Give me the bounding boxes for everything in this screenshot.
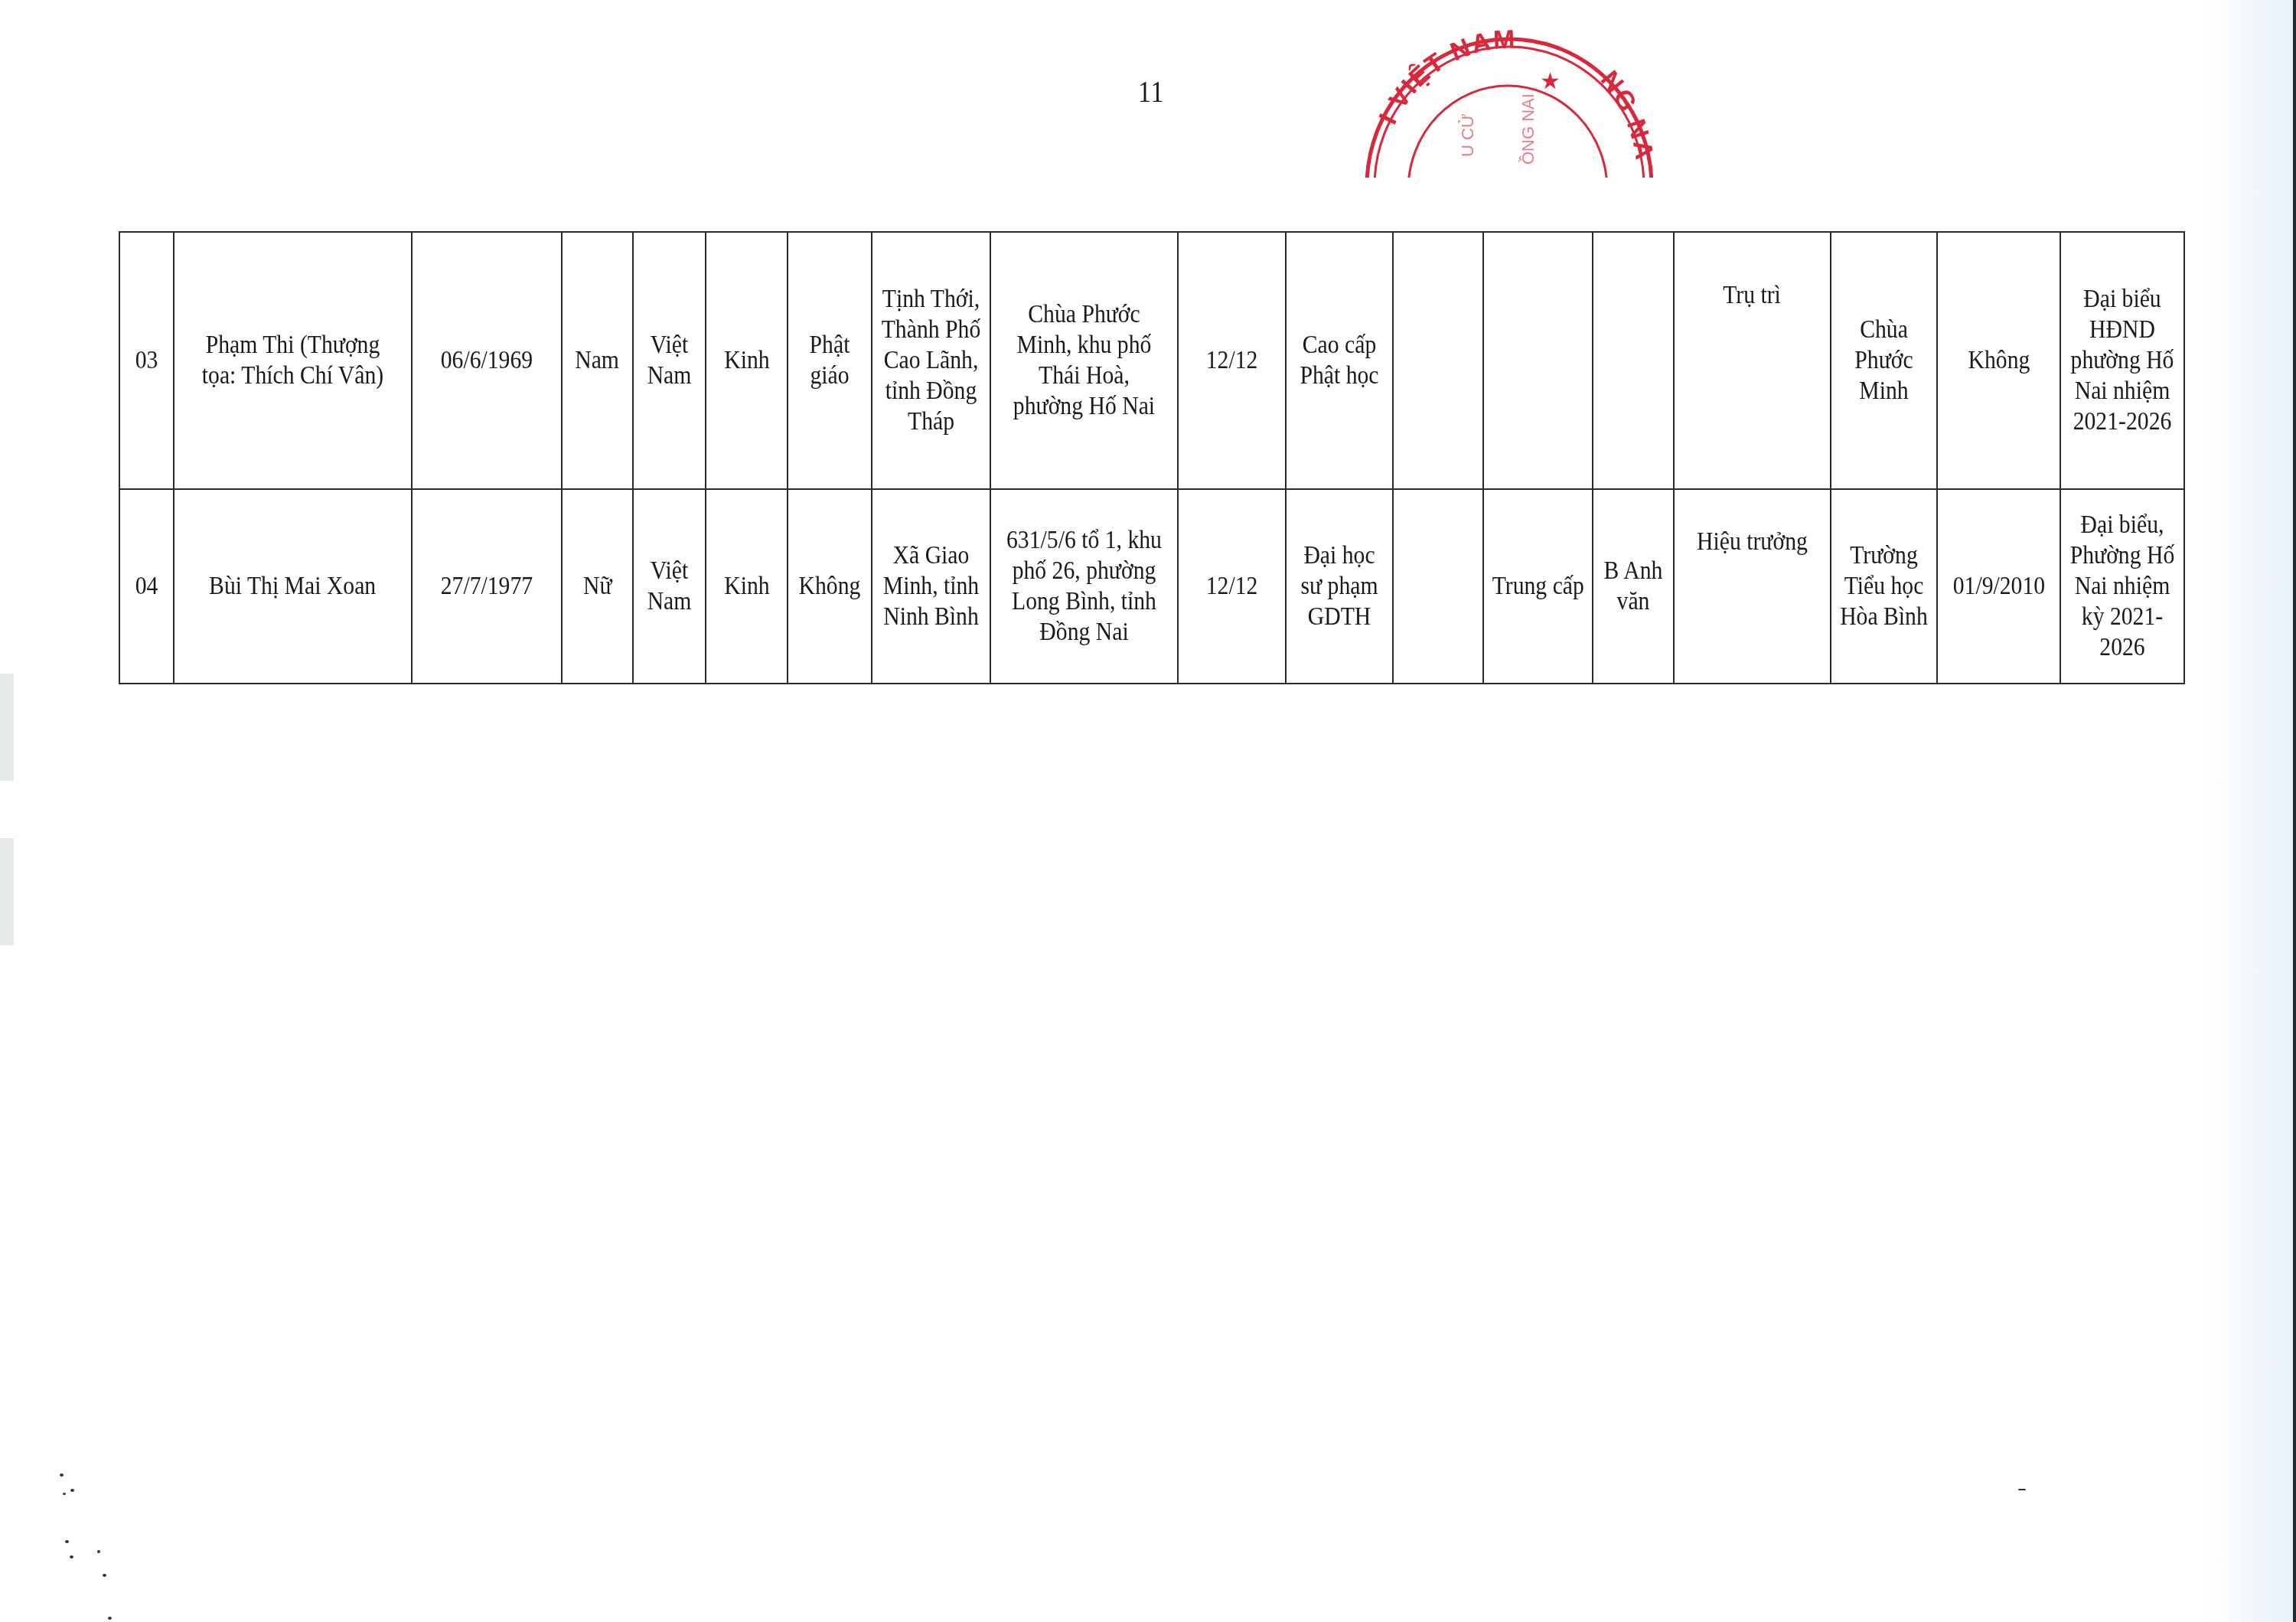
- scan-speck: [65, 1540, 69, 1543]
- stamp-inner-text-1: U CỬ: [1458, 113, 1477, 157]
- cell-workplace: Trường Tiểu học Hòa Bình: [1831, 489, 1937, 684]
- cell-ethnicity: Kinh: [706, 489, 788, 684]
- candidate-records-table: 03 Phạm Thi (Thượng tọa: Thích Chí Vân) …: [119, 231, 2185, 684]
- cell-foreign-language: B Anh văn: [1593, 489, 1674, 684]
- cell-general-education: 12/12: [1178, 232, 1286, 489]
- cell-occupation-position: Hiệu trưởng: [1674, 489, 1831, 684]
- scan-speck: [60, 1474, 64, 1477]
- scan-speck: [2018, 1489, 2026, 1490]
- cell-occupation-position: Trụ trì: [1674, 232, 1831, 489]
- cell-date-of-birth: 27/7/1977: [412, 489, 562, 684]
- cell-workplace: Chùa Phước Minh: [1831, 232, 1937, 489]
- scan-smudge: [0, 838, 14, 945]
- page-number: 11: [1138, 75, 1164, 109]
- cell-academic-title: [1393, 489, 1483, 684]
- cell-gender: Nữ: [562, 489, 633, 684]
- cell-religion: Không: [788, 489, 872, 684]
- cell-stt: 04: [119, 489, 174, 684]
- stamp-star: ★: [1540, 69, 1561, 94]
- cell-religion: Phật giáo: [788, 232, 872, 489]
- cell-hometown: Tịnh Thới, Thành Phố Cao Lãnh, tỉnh Đồng…: [872, 232, 990, 489]
- cell-party-join-date: Không: [1937, 232, 2060, 489]
- cell-nationality: Việt Nam: [633, 232, 706, 489]
- cell-nationality: Việt Nam: [633, 489, 706, 684]
- cell-professional-education: Đại học sư phạm GDTH: [1286, 489, 1393, 684]
- svg-text:NG NAI: NG NAI: [0, 0, 1659, 163]
- cell-residence: Chùa Phước Minh, khu phố Thái Hoà, phườn…: [990, 232, 1178, 489]
- cell-full-name: Bùi Thị Mai Xoan: [174, 489, 412, 684]
- cell-stt: 03: [119, 232, 174, 489]
- cell-ethnicity: Kinh: [706, 232, 788, 489]
- scan-speck: [70, 1555, 73, 1558]
- cell-residence: 631/5/6 tổ 1, khu phố 26, phường Long Bì…: [990, 489, 1178, 684]
- cell-academic-title: [1393, 232, 1483, 489]
- stamp-arc-text-right: NG NAI: [0, 0, 1659, 163]
- cell-full-name: Phạm Thi (Thượng tọa: Thích Chí Vân): [174, 232, 412, 489]
- scan-speck: [97, 1550, 100, 1553]
- cell-hometown: Xã Giao Minh, tỉnh Ninh Bình: [872, 489, 990, 684]
- stamp-arc-text-left: I VIỆT NAM: [1374, 25, 1518, 129]
- scan-speck: [103, 1574, 106, 1577]
- scan-edge-tint: [2204, 0, 2296, 1622]
- cell-party-join-date: 01/9/2010: [1937, 489, 2060, 684]
- table-row: 04 Bùi Thị Mai Xoan 27/7/1977 Nữ Việt Na…: [119, 489, 2184, 684]
- cell-professional-education: Cao cấp Phật học: [1286, 232, 1393, 489]
- scan-speck: [63, 1493, 66, 1495]
- svg-text:I VIỆT NAM: I VIỆT NAM: [1374, 25, 1518, 129]
- cell-general-education: 12/12: [1178, 489, 1286, 684]
- cell-political-theory: [1483, 232, 1593, 489]
- cell-political-theory: Trung cấp: [1483, 489, 1593, 684]
- cell-foreign-language: [1593, 232, 1674, 489]
- scan-edge-line: [2293, 0, 2296, 1622]
- table-row: 03 Phạm Thi (Thượng tọa: Thích Chí Vân) …: [119, 232, 2184, 489]
- scan-speck: [70, 1489, 74, 1492]
- cell-elected-representative: Đại biểu HĐND phường Hố Nai nhiệm 2021-2…: [2060, 232, 2184, 489]
- cell-elected-representative: Đại biểu, Phường Hố Nai nhiệm kỳ 2021-20…: [2060, 489, 2184, 684]
- scan-smudge: [0, 674, 14, 781]
- cell-date-of-birth: 06/6/1969: [412, 232, 562, 489]
- scan-speck: [108, 1617, 112, 1620]
- cell-gender: Nam: [562, 232, 633, 489]
- stamp-inner-text-2: ỒNG NAI: [1518, 93, 1538, 165]
